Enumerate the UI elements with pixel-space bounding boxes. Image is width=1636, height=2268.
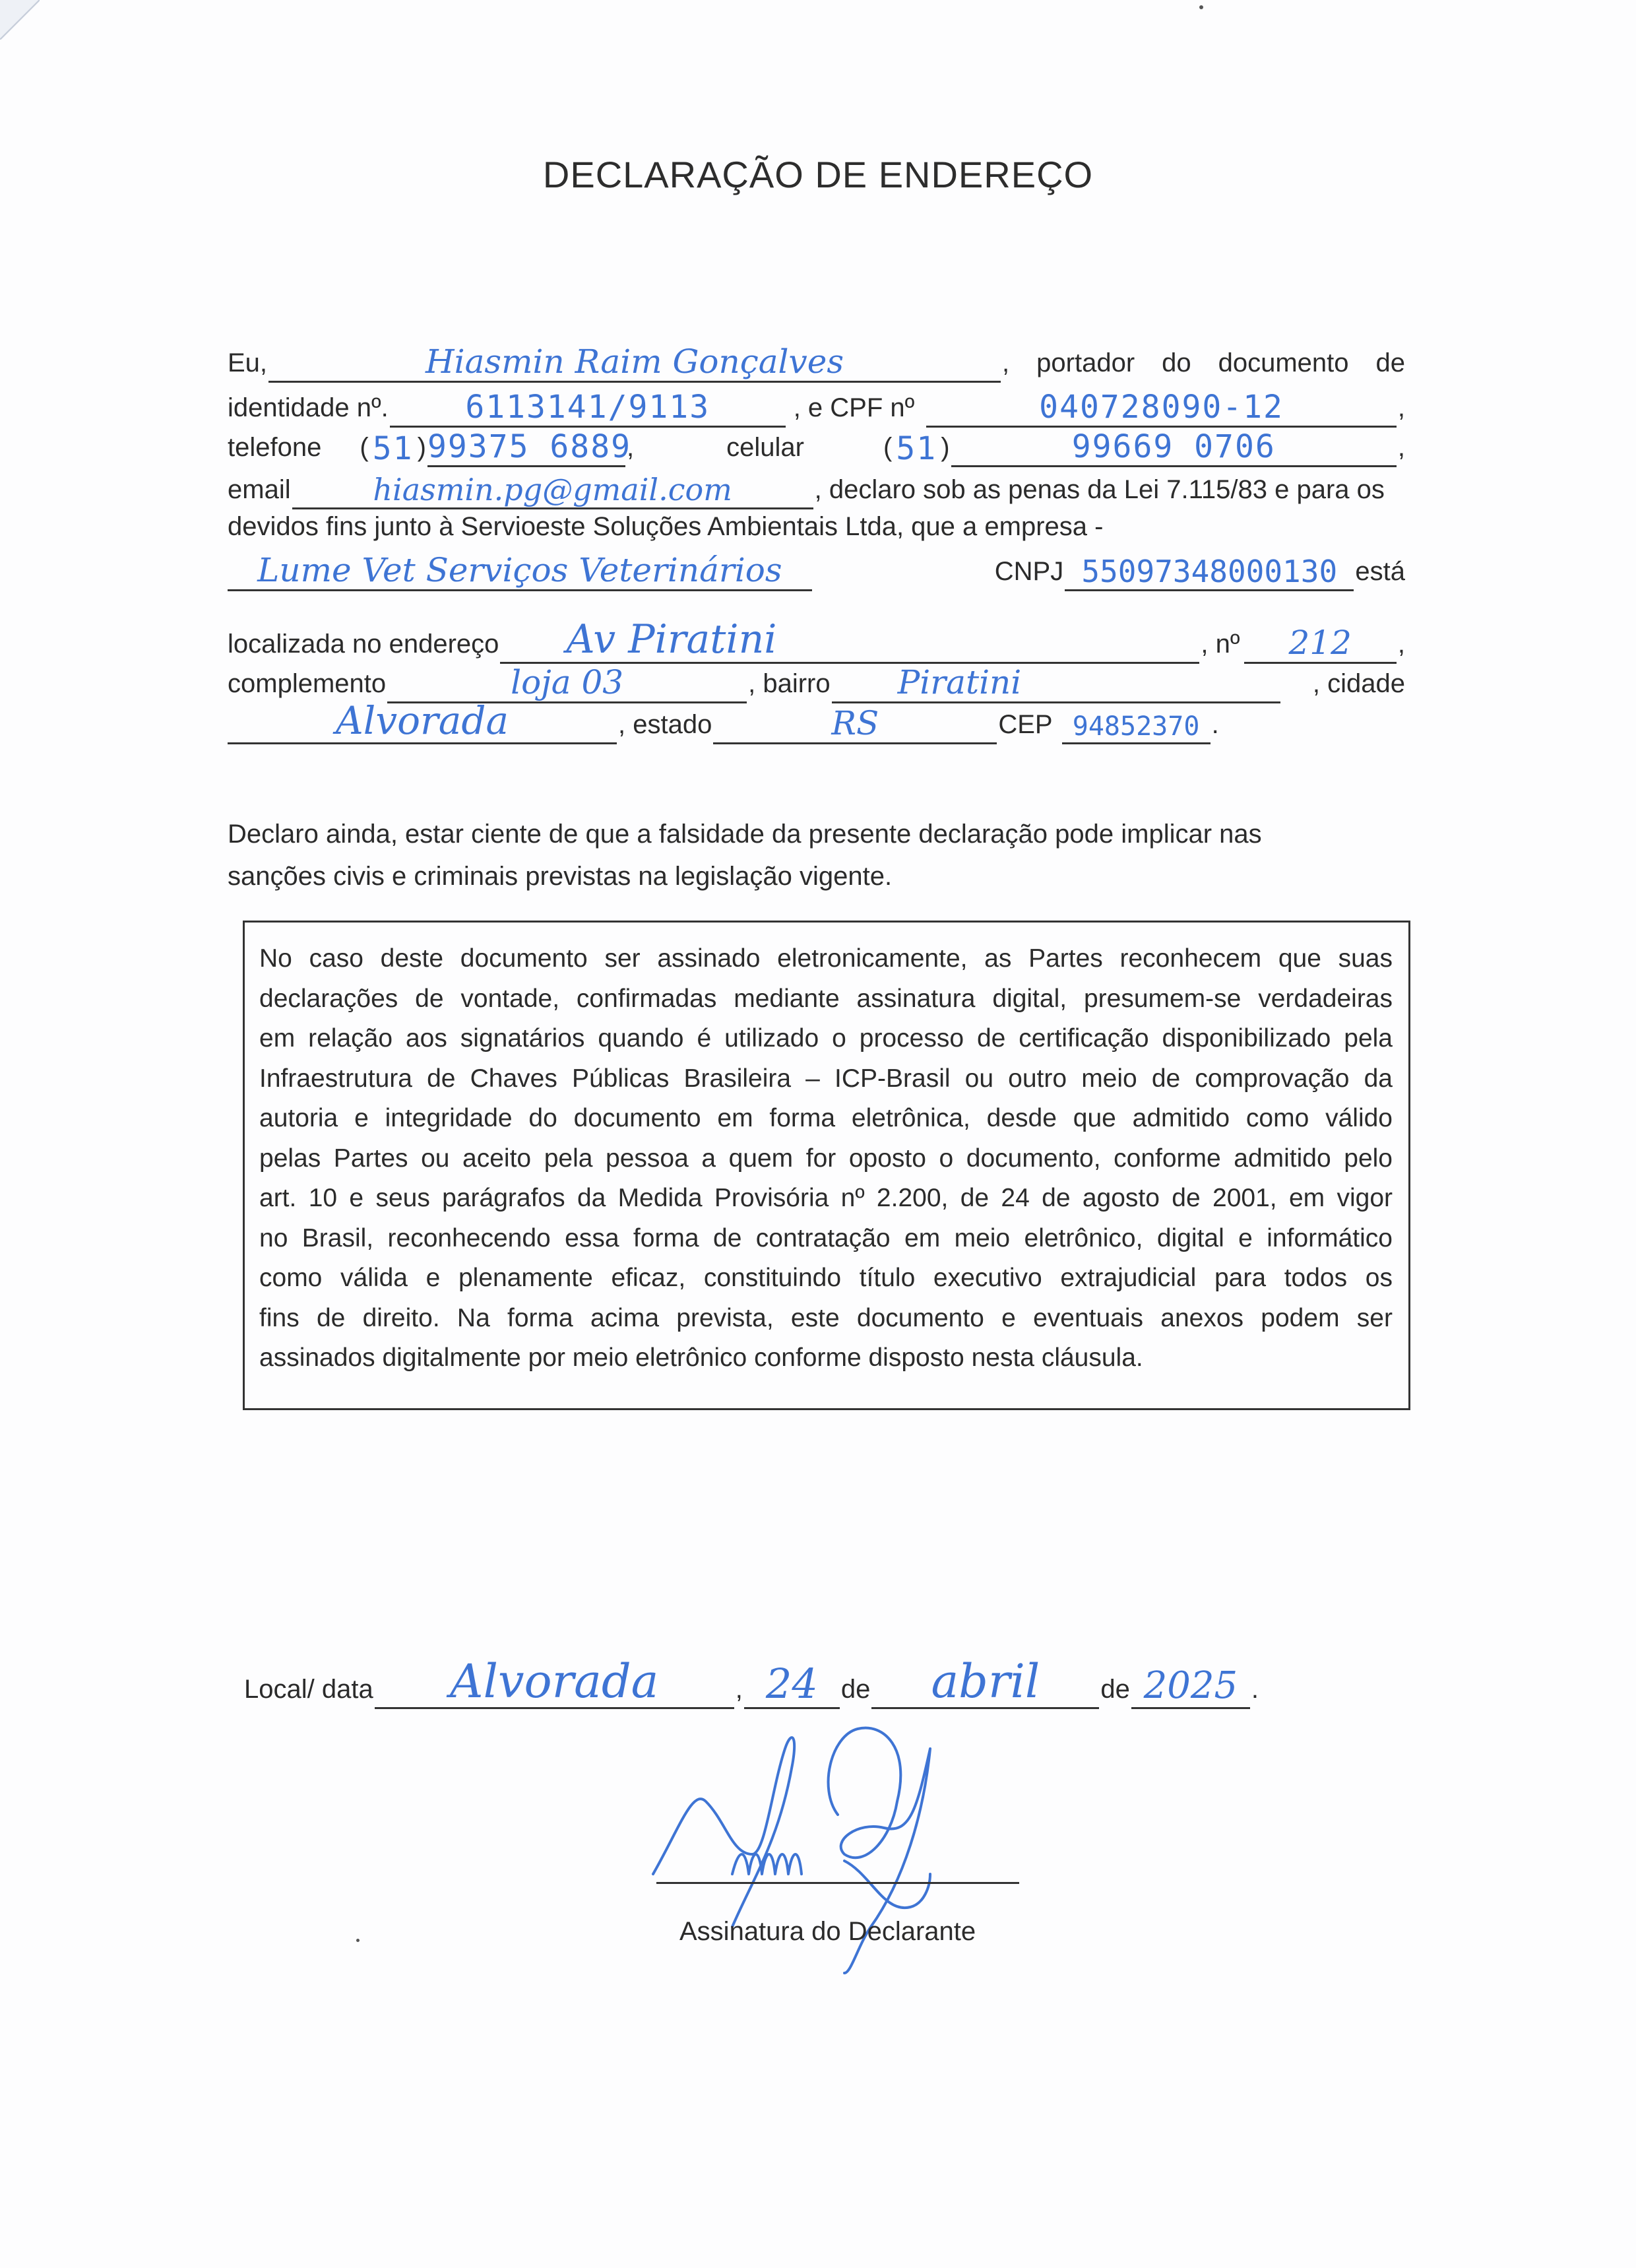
cnpj-label: CNPJ	[995, 552, 1063, 591]
cnpj-field[interactable]: 55097348000130	[1065, 555, 1354, 591]
clause-line: declarações de vontade, confirmadas medi…	[259, 979, 1393, 1020]
clause-line: no Brasil, reconhecendo essa forma de co…	[259, 1219, 1393, 1259]
cidade-field[interactable]: Alvorada	[228, 708, 617, 744]
clause-line: Infraestrutura de Chaves Públicas Brasil…	[259, 1059, 1393, 1099]
email-label: email	[228, 470, 291, 509]
local-field[interactable]: Alvorada	[375, 1673, 734, 1709]
bairro-field[interactable]: Piratini	[832, 667, 1280, 703]
identidade-field[interactable]: 6113141/9113	[390, 391, 786, 428]
local-data-row: Local/ data Alvorada , 24 de abril de 20…	[244, 1669, 1300, 1709]
cpf-value: 040728090-12	[926, 391, 1397, 423]
complemento-value: loja 03	[387, 666, 747, 699]
declaro-ainda-paragraph: Declaro ainda, estar ciente de que a fal…	[228, 813, 1336, 897]
local-data-label: Local/ data	[244, 1669, 373, 1709]
declaro-text: , declaro sob as penas da Lei 7.115/83 e…	[815, 470, 1405, 509]
endereco-field[interactable]: Av Piratini	[500, 628, 1199, 664]
telefone-value: 99375 6889	[427, 431, 625, 463]
cep-field[interactable]: 94852370	[1062, 708, 1211, 744]
estado-label: , estado	[618, 705, 712, 744]
scan-speck	[356, 1939, 360, 1942]
celular-ddd-value: 51	[893, 433, 939, 465]
form-row-endereco: localizada no endereço Av Piratini , nº …	[228, 624, 1405, 664]
form-row-complemento: complemento loja 03 , bairro Piratini , …	[228, 664, 1405, 703]
estado-field[interactable]: RS	[713, 708, 997, 744]
clause-line: pelas Partes ou aceito pela pessoa a que…	[259, 1139, 1393, 1179]
form-row-email: email hiasmin.pg@gmail.com , declaro sob…	[228, 470, 1405, 509]
de-label: de	[841, 1669, 871, 1709]
clause-line: autoria e integridade do documento em fo…	[259, 1099, 1393, 1139]
clause-line: em relação aos signatários quando é util…	[259, 1019, 1393, 1059]
portador-label: , portador do documento de	[1002, 343, 1405, 383]
signature-line[interactable]	[656, 1882, 1019, 1884]
day-field[interactable]: 24	[744, 1673, 840, 1709]
celular-value: 99669 0706	[951, 431, 1397, 463]
telefone-ddd-value: 51	[370, 433, 416, 465]
local-value: Alvorada	[375, 1658, 734, 1704]
cpf-field[interactable]: 040728090-12	[926, 391, 1397, 428]
eu-label: Eu,	[228, 343, 267, 383]
cnpj-value: 55097348000130	[1065, 556, 1354, 587]
scan-corner-fold	[0, 0, 40, 40]
cpf-label: , e CPF nº	[794, 388, 915, 428]
month-field[interactable]: abril	[871, 1673, 1099, 1709]
clause-line: No caso deste documento ser assinado ele…	[259, 939, 1393, 979]
day-value: 24	[744, 1664, 840, 1704]
form-row-empresa: Lume Vet Serviços Veterinários CNPJ 5509…	[228, 552, 1405, 591]
year-field[interactable]: 2025	[1131, 1673, 1250, 1709]
year-value: 2025	[1131, 1668, 1250, 1704]
electronic-signature-clause: No caso deste documento ser assinado ele…	[243, 921, 1410, 1410]
celular-ddd-field[interactable]: 51	[893, 433, 939, 467]
endereco-value: Av Piratini	[500, 620, 1199, 659]
clause-line: fins de direito. Na forma acima prevista…	[259, 1299, 1393, 1339]
form-row-name: Eu, Hiasmin Raim Gonçalves , portador do…	[228, 343, 1405, 383]
bairro-label: , bairro	[748, 664, 831, 703]
email-field[interactable]: hiasmin.pg@gmail.com	[292, 473, 813, 509]
numero-field[interactable]: 212	[1244, 628, 1397, 664]
identidade-label: identidade nº.	[228, 388, 389, 428]
declaro-ainda-line: Declaro ainda, estar ciente de que a fal…	[228, 813, 1336, 855]
cep-value: 94852370	[1062, 713, 1211, 740]
telefone-label: telefone	[228, 428, 321, 467]
form-row-telefone: telefone ( 51 ) 99375 6889 , celular ( 5…	[228, 428, 1405, 467]
telefone-ddd-field[interactable]: 51	[370, 433, 416, 467]
celular-label: celular	[726, 428, 804, 467]
complemento-label: complemento	[228, 664, 386, 703]
clause-line: como válida e plenamente eficaz, constit…	[259, 1258, 1393, 1299]
clause-line: art. 10 e seus parágrafos da Medida Prov…	[259, 1179, 1393, 1219]
esta-label: está	[1355, 552, 1405, 591]
declaro-ainda-line: sanções civis e criminais previstas na l…	[228, 855, 1336, 897]
celular-field[interactable]: 99669 0706	[951, 431, 1397, 467]
bairro-value: Piratini	[832, 666, 1280, 699]
email-value: hiasmin.pg@gmail.com	[292, 474, 813, 505]
month-value: abril	[871, 1658, 1099, 1704]
signature-label: Assinatura do Declarante	[679, 1917, 976, 1947]
numero-value: 212	[1244, 626, 1397, 659]
numero-label: , nº	[1201, 624, 1240, 664]
devidos-text: devidos fins junto à Servioeste Soluções…	[228, 507, 1103, 546]
clause-line: assinados digitalmente por meio eletrôni…	[259, 1338, 1393, 1378]
empresa-field[interactable]: Lume Vet Serviços Veterinários	[228, 555, 812, 591]
cidade-label: , cidade	[1282, 664, 1405, 703]
name-value: Hiasmin Raim Gonçalves	[268, 345, 1001, 378]
form-row-estado: Alvorada , estado RS CEP 94852370 .	[228, 705, 1405, 744]
form-row-devidos: devidos fins junto à Servioeste Soluções…	[228, 507, 1405, 546]
scan-speck	[1199, 5, 1203, 9]
name-field[interactable]: Hiasmin Raim Gonçalves	[268, 346, 1001, 383]
estado-value: RS	[713, 707, 997, 740]
cidade-value: Alvorada	[228, 701, 617, 740]
empresa-value: Lume Vet Serviços Veterinários	[228, 554, 812, 587]
de-label: de	[1100, 1669, 1130, 1709]
endereco-label: localizada no endereço	[228, 624, 499, 664]
identidade-value: 6113141/9113	[390, 391, 786, 423]
form-row-identidade: identidade nº. 6113141/9113 , e CPF nº 0…	[228, 388, 1405, 428]
page-title: DECLARAÇÃO DE ENDEREÇO	[0, 153, 1636, 196]
cep-label: CEP	[998, 705, 1052, 744]
telefone-field[interactable]: 99375 6889	[427, 431, 625, 467]
